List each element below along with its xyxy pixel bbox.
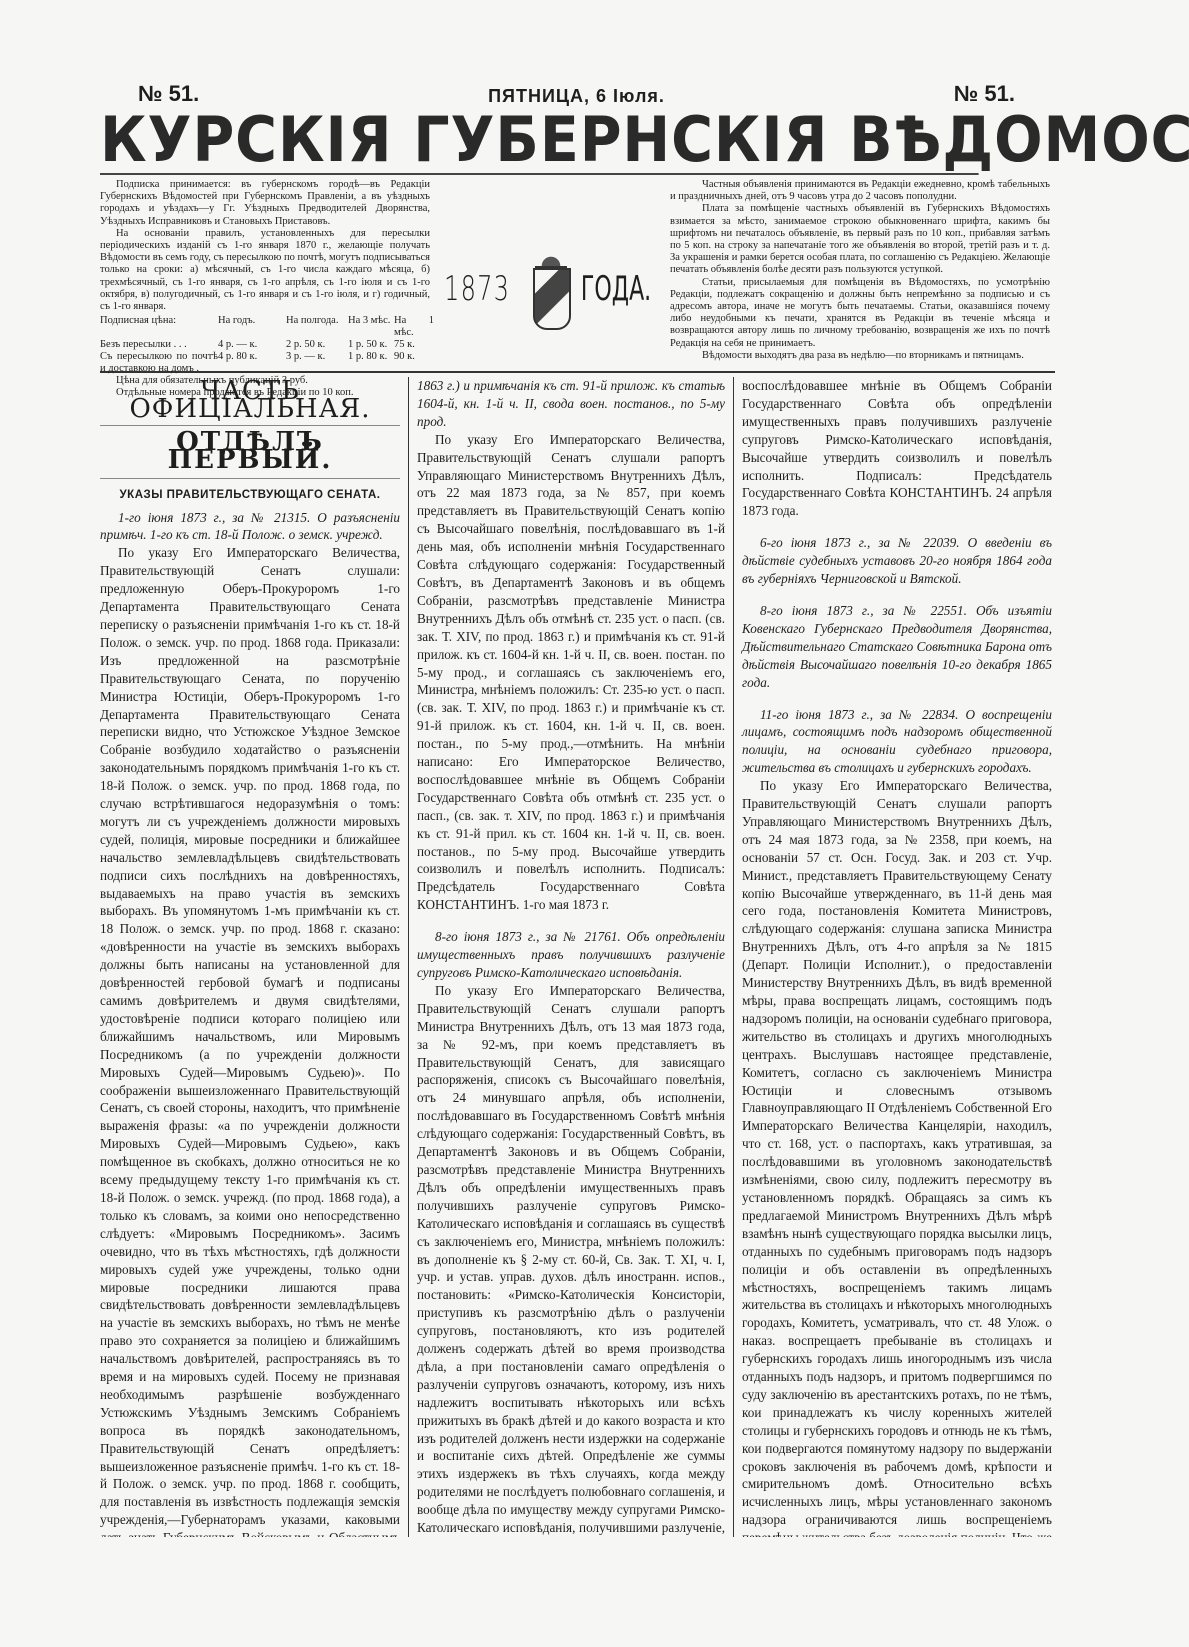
- column-3: воспослѣдовавшее мнѣніе въ Общемъ Собран…: [733, 377, 1052, 1537]
- price-cell: 2 р. 50 к.: [286, 339, 348, 351]
- price-cell: Безъ пересылки . . .: [100, 339, 218, 351]
- decree-heading: 6-го іюня 1873 г., за № 22039. О введені…: [742, 534, 1052, 588]
- decree-body-cont: воспослѣдовавшее мнѣніе въ Общемъ Собран…: [742, 377, 1052, 520]
- coat-of-arms-icon: [531, 250, 556, 328]
- emblem-block: 1873 ГОДА.: [430, 179, 670, 369]
- price-cell: 1 р. 80 к.: [348, 351, 394, 375]
- price-cell: 3 р. — к.: [286, 351, 348, 375]
- price-header: На годъ.: [218, 315, 286, 339]
- ads-pricing: Плата за помѣщеніе частныхъ объявленій в…: [670, 203, 1050, 276]
- price-cell: 90 к.: [394, 351, 434, 375]
- articles-policy: Статьи, присылаемыя для помѣщенія въ Вѣд…: [670, 277, 1050, 350]
- subscription-info: Подписка принимается: въ губернскомъ гор…: [100, 179, 1055, 369]
- price-table: Подписная цѣна: На годъ. На полгода. На …: [100, 315, 430, 375]
- decree-heading: 11-го іюня 1873 г., за № 22834. О воспре…: [742, 706, 1052, 778]
- masthead-title: КУРСКІЯ ГУБЕРНСКІЯ ВѢДОМОСТИ.: [100, 107, 979, 175]
- crown-icon: [535, 250, 567, 268]
- price-cell: 4 р. — к.: [218, 339, 286, 351]
- goda-label: ГОДА.: [581, 283, 651, 295]
- newspaper-page: № 51. ПЯТНИЦА, 6 Іюля. № 51. КУРСКІЯ ГУБ…: [100, 75, 1055, 1537]
- decree-body: По указу Его Императорскаго Величества, …: [100, 544, 400, 1537]
- column-1: ЧАСТЬ ОФИЦІАЛЬНАЯ. ОТДѢЛЪ ПЕРВЫЙ. УКАЗЫ …: [100, 377, 408, 1537]
- decree-body: По указу Его Императорскаго Величества, …: [417, 431, 725, 914]
- article-columns: ЧАСТЬ ОФИЦІАЛЬНАЯ. ОТДѢЛЪ ПЕРВЫЙ. УКАЗЫ …: [100, 377, 1055, 1537]
- price-header: Подписная цѣна:: [100, 315, 218, 339]
- decree-heading: 1-го іюня 1873 г., за № 21315. О разъясн…: [100, 509, 400, 545]
- subheading: УКАЗЫ ПРАВИТЕЛЬСТВУЮЩАГО СЕНАТА.: [100, 487, 400, 505]
- section-title: ЧАСТЬ ОФИЦІАЛЬНАЯ.: [100, 383, 400, 426]
- price-cell: 4 р. 80 к.: [218, 351, 286, 375]
- price-cell: 75 к.: [394, 339, 434, 351]
- price-header: На 3 мѣс.: [348, 315, 394, 339]
- ads-hours: Частныя объявленія принимаются въ Редакц…: [670, 179, 1050, 203]
- decree-heading-cont: 1863 г.) и примѣчанія къ ст. 91-й прилож…: [417, 377, 725, 431]
- subscription-where: Подписка принимается: въ губернскомъ гор…: [100, 179, 430, 228]
- shield-icon: [533, 268, 571, 330]
- year-label: 1873: [444, 283, 510, 295]
- subscription-terms: Подписка принимается: въ губернскомъ гор…: [100, 179, 430, 369]
- department-title: ОТДѢЛЪ ПЕРВЫЙ.: [100, 434, 400, 479]
- column-2: 1863 г.) и примѣчанія къ ст. 91-й прилож…: [408, 377, 733, 1537]
- advertisement-terms: Частныя объявленія принимаются въ Редакц…: [670, 179, 1050, 369]
- price-cell: 1 р. 50 к.: [348, 339, 394, 351]
- publication-schedule: Вѣдомости выходятъ два раза въ недѣлю—по…: [670, 350, 1050, 362]
- price-header: На полгода.: [286, 315, 348, 339]
- price-cell: Съ пересылкою по почтѣ и доставкою на до…: [100, 351, 218, 375]
- subscription-rules: На основаніи правилъ, установленныхъ для…: [100, 228, 430, 313]
- decree-heading: 8-го іюня 1873 г., за № 21761. Объ опред…: [417, 928, 725, 982]
- decree-body: По указу Его Императорскаго Величества, …: [742, 777, 1052, 1537]
- decree-heading: 8-го іюня 1873 г., за № 22551. Объ изъят…: [742, 602, 1052, 692]
- decree-body: По указу Его Императорскаго Величества, …: [417, 982, 725, 1537]
- price-header: На 1 мѣс.: [394, 315, 434, 339]
